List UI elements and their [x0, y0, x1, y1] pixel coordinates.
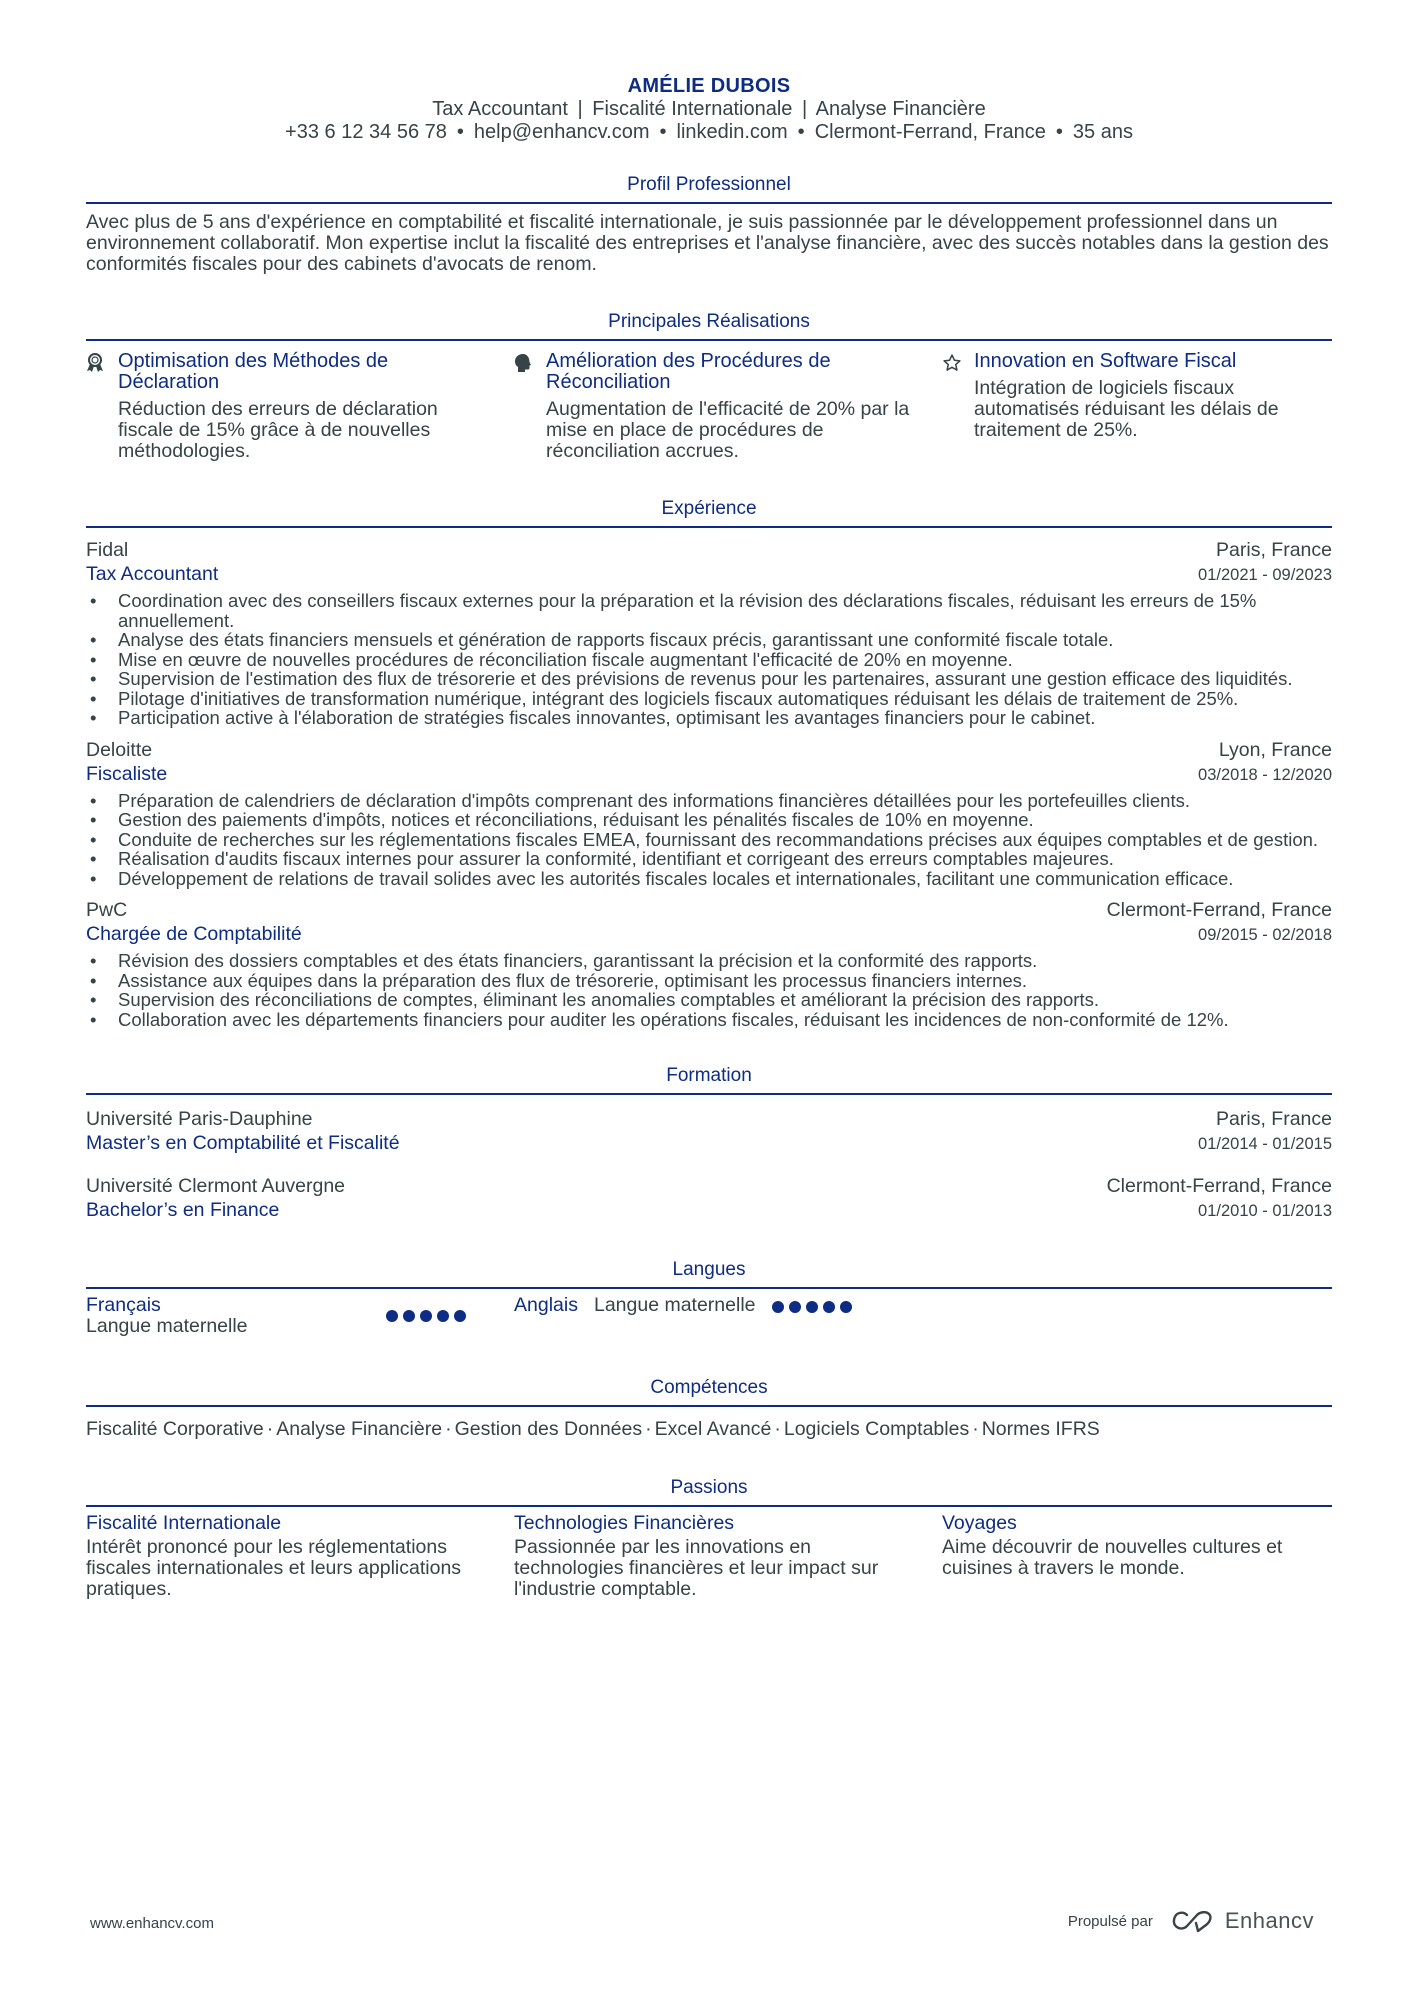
section-title: Expérience: [86, 498, 1332, 528]
rating-dot: [823, 1301, 835, 1313]
education-degree-row: Bachelor’s en Finance01/2010 - 01/2013: [86, 1198, 1332, 1223]
bullet-item: Conduite de recherches sur les réglement…: [86, 830, 1332, 850]
section-title: Passions: [86, 1477, 1332, 1507]
contact-info: +33 6 12 34 56 78•help@enhancv.com•linke…: [86, 120, 1332, 144]
language-item: Anglais Langue maternelle: [514, 1295, 942, 1337]
skill-separator: ·: [445, 1418, 452, 1440]
company-name: Deloitte: [86, 738, 152, 762]
passion-item: Voyages Aime découvrir de nouvelles cult…: [942, 1511, 1332, 1600]
language-name: Anglais: [514, 1295, 578, 1316]
skill-item: Analyse Financière: [276, 1418, 442, 1440]
rating-dot: [789, 1301, 801, 1313]
job-bullets: Révision des dossiers comptables et des …: [86, 951, 1332, 1029]
headline-item: Tax Accountant: [432, 98, 568, 120]
job-role-row: Chargée de Comptabilité09/2015 - 02/2018: [86, 922, 1332, 947]
language-level: Langue maternelle: [86, 1316, 386, 1337]
language-rating: [386, 1295, 466, 1322]
degree: Master’s en Comptabilité et Fiscalité: [86, 1131, 400, 1155]
company-name: PwC: [86, 898, 127, 922]
summary-section: Profil Professionnel Avec plus de 5 ans …: [86, 174, 1332, 275]
job-entry: PwCClermont-Ferrand, FranceChargée de Co…: [86, 898, 1332, 1029]
job-header-row: FidalParis, France: [86, 538, 1332, 562]
language-name: Français: [86, 1295, 386, 1316]
passion-title: Technologies Financières: [514, 1511, 942, 1535]
enhancv-logo-icon: [1171, 1909, 1215, 1933]
skill-item: Logiciels Comptables: [784, 1418, 969, 1440]
job-location: Clermont-Ferrand, France: [1107, 898, 1332, 922]
job-dates: 09/2015 - 02/2018: [1198, 923, 1332, 947]
job-bullets: Préparation de calendriers de déclaratio…: [86, 791, 1332, 889]
job-title: Tax Accountant: [86, 562, 218, 586]
location: Clermont-Ferrand, France: [815, 121, 1046, 143]
bullet-item: Collaboration avec les départements fina…: [86, 1010, 1332, 1030]
education-degree-row: Master’s en Comptabilité et Fiscalité01/…: [86, 1131, 1332, 1156]
achievement-title: Innovation en Software Fiscal: [974, 351, 1308, 372]
job-bullets: Coordination avec des conseillers fiscau…: [86, 591, 1332, 728]
skill-separator: ·: [774, 1418, 781, 1440]
rating-dot: [454, 1310, 466, 1322]
skill-item: Gestion des Données: [455, 1418, 643, 1440]
language-item: Français Langue maternelle: [86, 1295, 514, 1337]
achievement-description: Intégration de logiciels fiscaux automat…: [974, 378, 1308, 441]
job-location: Lyon, France: [1219, 738, 1332, 762]
phone: +33 6 12 34 56 78: [285, 121, 447, 143]
bullet-item: Développement de relations de travail so…: [86, 869, 1332, 889]
contact-separator: •: [1056, 121, 1063, 143]
rating-dot: [437, 1310, 449, 1322]
achievement-description: Augmentation de l'efficacité de 20% par …: [546, 399, 918, 462]
section-title: Profil Professionnel: [86, 174, 1332, 204]
rating-dot: [772, 1301, 784, 1313]
bullet-item: Coordination avec des conseillers fiscau…: [86, 591, 1332, 630]
star-icon: [942, 351, 974, 373]
achievement-description: Réduction des erreurs de déclaration fis…: [118, 399, 490, 462]
headline-separator: |: [802, 98, 807, 120]
contact-separator: •: [798, 121, 805, 143]
job-list: FidalParis, FranceTax Accountant01/2021 …: [86, 528, 1332, 1029]
experience-section: Expérience FidalParis, FranceTax Account…: [86, 498, 1332, 1029]
contact-separator: •: [659, 121, 666, 143]
skills-list: Fiscalité Corporative·Analyse Financière…: [86, 1415, 1332, 1441]
achievement-item: Optimisation des Méthodes de Déclaration…: [86, 351, 514, 462]
job-dates: 03/2018 - 12/2020: [1198, 763, 1332, 787]
education-list: Université Paris-DauphineParis, FranceMa…: [86, 1095, 1332, 1223]
rating-dot: [403, 1310, 415, 1322]
brand-name: Enhancv: [1225, 1908, 1314, 1934]
skills-section: Compétences Fiscalité Corporative·Analys…: [86, 1377, 1332, 1441]
job-location: Paris, France: [1216, 538, 1332, 562]
passion-description: Passionnée par les innovations en techno…: [514, 1537, 942, 1600]
age: 35 ans: [1073, 121, 1133, 143]
contact-separator: •: [457, 121, 464, 143]
job-header-row: DeloitteLyon, France: [86, 738, 1332, 762]
education-header-row: Université Clermont AuvergneClermont-Fer…: [86, 1174, 1332, 1198]
headline-item: Fiscalité Internationale: [592, 98, 792, 120]
job-title: Chargée de Comptabilité: [86, 922, 302, 946]
job-entry: FidalParis, FranceTax Accountant01/2021 …: [86, 538, 1332, 728]
achievement-item: Amélioration des Procédures de Réconcili…: [514, 351, 942, 462]
resume-header: AMÉLIE DUBOIS Tax Accountant | Fiscalité…: [86, 74, 1332, 144]
education-section: Formation Université Paris-DauphineParis…: [86, 1065, 1332, 1223]
education-entry: Université Clermont AuvergneClermont-Fer…: [86, 1174, 1332, 1223]
bullet-item: Analyse des états financiers mensuels et…: [86, 630, 1332, 650]
job-role-row: Tax Accountant01/2021 - 09/2023: [86, 562, 1332, 587]
education-header-row: Université Paris-DauphineParis, France: [86, 1107, 1332, 1131]
skill-item: Excel Avancé: [655, 1418, 772, 1440]
passion-description: Aime découvrir de nouvelles cultures et …: [942, 1537, 1332, 1579]
passion-title: Fiscalité Internationale: [86, 1511, 514, 1535]
skill-separator: ·: [267, 1418, 274, 1440]
bullet-item: Mise en œuvre de nouvelles procédures de…: [86, 650, 1332, 670]
bullet-item: Révision des dossiers comptables et des …: [86, 951, 1332, 971]
job-role-row: Fiscaliste03/2018 - 12/2020: [86, 762, 1332, 787]
bullet-item: Gestion des paiements d'impôts, notices …: [86, 810, 1332, 830]
bullet-item: Pilotage d'initiatives de transformation…: [86, 689, 1332, 709]
rating-dot: [420, 1310, 432, 1322]
rating-dot: [840, 1301, 852, 1313]
job-entry: DeloitteLyon, FranceFiscaliste03/2018 - …: [86, 738, 1332, 889]
candidate-name: AMÉLIE DUBOIS: [86, 74, 1332, 98]
passion-description: Intérêt prononcé pour les réglementation…: [86, 1537, 514, 1600]
email-link[interactable]: help@enhancv.com: [474, 121, 650, 143]
school-location: Clermont-Ferrand, France: [1107, 1174, 1332, 1198]
job-title: Fiscaliste: [86, 762, 167, 786]
education-dates: 01/2010 - 01/2013: [1198, 1199, 1332, 1223]
head-brain-icon: [514, 351, 546, 373]
footer-website-link[interactable]: www.enhancv.com: [90, 1915, 214, 1932]
rating-dot: [386, 1310, 398, 1322]
skill-separator: ·: [972, 1418, 979, 1440]
section-title: Formation: [86, 1065, 1332, 1095]
school-name: Université Paris-Dauphine: [86, 1107, 313, 1131]
job-header-row: PwCClermont-Ferrand, France: [86, 898, 1332, 922]
resume-page: AMÉLIE DUBOIS Tax Accountant | Fiscalité…: [86, 74, 1332, 1600]
skill-separator: ·: [645, 1418, 652, 1440]
degree: Bachelor’s en Finance: [86, 1198, 279, 1222]
passion-item: Technologies Financières Passionnée par …: [514, 1511, 942, 1600]
powered-by-label: Propulsé par: [1068, 1913, 1153, 1930]
languages-section: Langues Français Langue maternelle Angla…: [86, 1259, 1332, 1337]
achievements-section: Principales Réalisations Optimisation de…: [86, 311, 1332, 462]
passion-item: Fiscalité Internationale Intérêt prononc…: [86, 1511, 514, 1600]
linkedin-link[interactable]: linkedin.com: [677, 121, 788, 143]
section-title: Langues: [86, 1259, 1332, 1289]
rating-dot: [806, 1301, 818, 1313]
language-level: Langue maternelle: [594, 1295, 756, 1316]
section-title: Compétences: [86, 1377, 1332, 1407]
bullet-item: Participation active à l'élaboration de …: [86, 708, 1332, 728]
headline: Tax Accountant | Fiscalité International…: [86, 98, 1332, 120]
skill-item: Fiscalité Corporative: [86, 1418, 264, 1440]
language-rating: [772, 1295, 852, 1313]
bullet-item: Assistance aux équipes dans la préparati…: [86, 971, 1332, 991]
enhancv-logo[interactable]: Enhancv: [1171, 1908, 1314, 1934]
achievement-title: Amélioration des Procédures de Réconcili…: [546, 351, 918, 393]
school-location: Paris, France: [1216, 1107, 1332, 1131]
footer-branding: Propulsé par Enhancv: [1068, 1908, 1314, 1934]
section-title: Principales Réalisations: [86, 311, 1332, 341]
achievement-title: Optimisation des Méthodes de Déclaration: [118, 351, 490, 393]
passions-section: Passions Fiscalité Internationale Intérê…: [86, 1477, 1332, 1600]
summary-text: Avec plus de 5 ans d'expérience en compt…: [86, 212, 1332, 275]
award-ribbon-icon: [86, 351, 118, 373]
education-entry: Université Paris-DauphineParis, FranceMa…: [86, 1107, 1332, 1156]
job-dates: 01/2021 - 09/2023: [1198, 563, 1332, 587]
bullet-item: Supervision de l'estimation des flux de …: [86, 669, 1332, 689]
achievement-item: Innovation en Software Fiscal Intégratio…: [942, 351, 1332, 462]
school-name: Université Clermont Auvergne: [86, 1174, 345, 1198]
education-dates: 01/2014 - 01/2015: [1198, 1132, 1332, 1156]
skill-item: Normes IFRS: [982, 1418, 1100, 1440]
passion-title: Voyages: [942, 1511, 1332, 1535]
bullet-item: Préparation de calendriers de déclaratio…: [86, 791, 1332, 811]
headline-item: Analyse Financière: [816, 98, 986, 120]
bullet-item: Supervision des réconciliations de compt…: [86, 990, 1332, 1010]
company-name: Fidal: [86, 538, 128, 562]
headline-separator: |: [578, 98, 583, 120]
bullet-item: Réalisation d'audits fiscaux internes po…: [86, 849, 1332, 869]
